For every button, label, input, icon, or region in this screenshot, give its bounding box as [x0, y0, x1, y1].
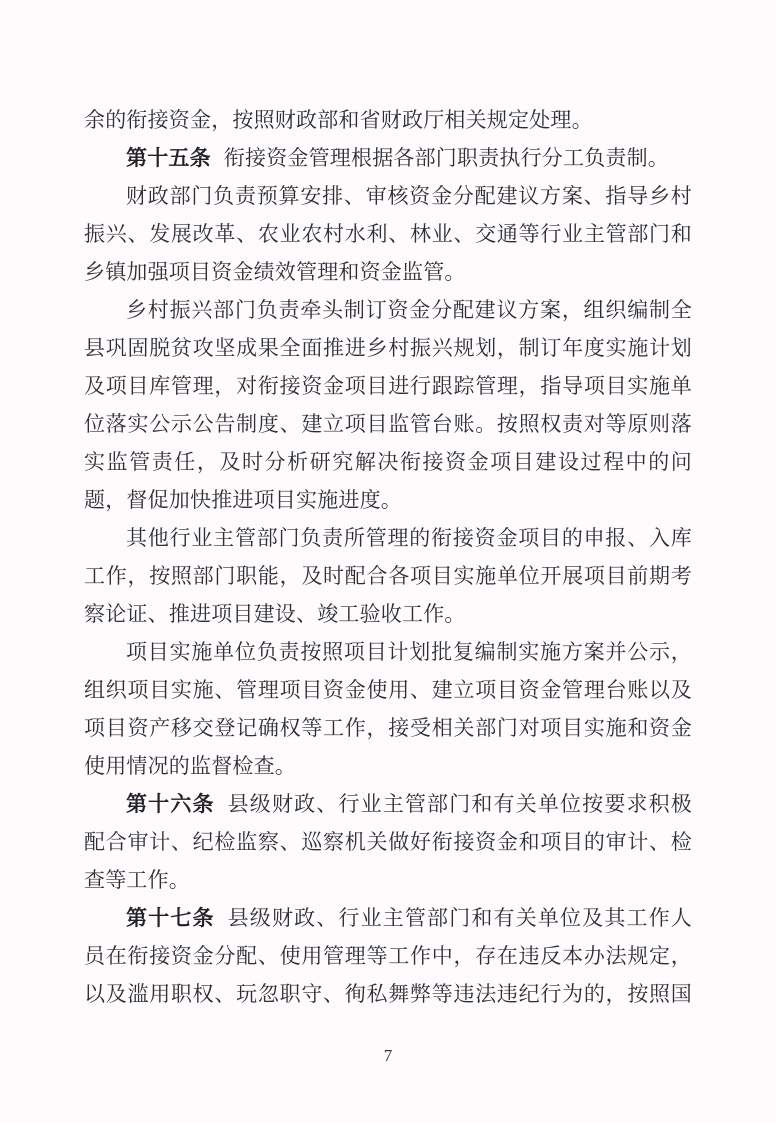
document-line: 第十七条县级财政、行业主管部门和有关单位及其工作人 [84, 899, 692, 937]
document-line: 使用情况的监督检查。 [84, 747, 692, 785]
line-text: 衔接资金管理根据各部门职责执行分工负责制。 [224, 146, 669, 170]
document-line: 题，督促加快推进项目实施进度。 [84, 481, 692, 519]
document-line: 工作，按照部门职能，及时配合各项目实施单位开展项目前期考 [84, 557, 692, 595]
document-line: 第十五条衔接资金管理根据各部门职责执行分工负责制。 [84, 139, 692, 177]
document-line: 项目资产移交登记确权等工作，接受相关部门对项目实施和资金 [84, 709, 692, 747]
page-number: 7 [0, 1046, 776, 1066]
line-text: 查等工作。 [84, 868, 190, 892]
line-text: 县级财政、行业主管部门和有关单位及其工作人 [228, 906, 692, 930]
document-line: 项目实施单位负责按照项目计划批复编制实施方案并公示， [84, 633, 692, 671]
document-line: 其他行业主管部门负责所管理的衔接资金项目的申报、入库 [84, 519, 692, 557]
line-text: 县巩固脱贫攻坚成果全面推进乡村振兴规划，制订年度实施计划 [84, 336, 692, 360]
document-line: 余的衔接资金，按照财政部和省财政厅相关规定处理。 [84, 101, 692, 139]
document-line: 察论证、推进项目建设、竣工验收工作。 [84, 595, 692, 633]
line-text: 察论证、推进项目建设、竣工验收工作。 [84, 602, 466, 626]
document-line: 振兴、发展改革、农业农村水利、林业、交通等行业主管部门和 [84, 215, 692, 253]
line-text: 财政部门负责预算安排、审核资金分配建议方案、指导乡村 [126, 184, 692, 208]
line-text: 项目实施单位负责按照项目计划批复编制实施方案并公示， [126, 640, 692, 664]
line-text: 乡村振兴部门负责牵头制订资金分配建议方案，组织编制全 [126, 298, 692, 322]
document-line: 员在衔接资金分配、使用管理等工作中，存在违反本办法规定， [84, 937, 692, 975]
document-line: 以及滥用职权、玩忽职守、徇私舞弊等违法违纪行为的，按照国 [84, 975, 692, 1013]
document-line: 县巩固脱贫攻坚成果全面推进乡村振兴规划，制订年度实施计划 [84, 329, 692, 367]
article-number: 第十六条 [126, 793, 215, 816]
document-line: 乡镇加强项目资金绩效管理和资金监管。 [84, 253, 692, 291]
document-line: 查等工作。 [84, 861, 692, 899]
line-text: 位落实公示公告制度、建立项目监管台账。按照权责对等原则落 [84, 412, 692, 436]
line-text: 以及滥用职权、玩忽职守、徇私舞弊等违法违纪行为的，按照国 [84, 982, 692, 1006]
line-text: 县级财政、行业主管部门和有关单位按要求积极 [228, 792, 692, 816]
line-text: 组织项目实施、管理项目资金使用、建立项目资金管理台账以及 [84, 678, 692, 702]
line-text: 实监管责任，及时分析研究解决衔接资金项目建设过程中的问 [84, 450, 692, 474]
line-text: 配合审计、纪检监察、巡察机关做好衔接资金和项目的审计、检 [84, 830, 692, 854]
line-text: 员在衔接资金分配、使用管理等工作中，存在违反本办法规定， [84, 944, 692, 968]
document-page: 余的衔接资金，按照财政部和省财政厅相关规定处理。第十五条衔接资金管理根据各部门职… [0, 0, 776, 1122]
document-line: 配合审计、纪检监察、巡察机关做好衔接资金和项目的审计、检 [84, 823, 692, 861]
document-body: 余的衔接资金，按照财政部和省财政厅相关规定处理。第十五条衔接资金管理根据各部门职… [84, 101, 692, 1013]
line-text: 余的衔接资金，按照财政部和省财政厅相关规定处理。 [84, 108, 593, 132]
document-line: 组织项目实施、管理项目资金使用、建立项目资金管理台账以及 [84, 671, 692, 709]
line-text: 项目资产移交登记确权等工作，接受相关部门对项目实施和资金 [84, 716, 692, 740]
document-line: 及项目库管理，对衔接资金项目进行跟踪管理，指导项目实施单 [84, 367, 692, 405]
document-line: 位落实公示公告制度、建立项目监管台账。按照权责对等原则落 [84, 405, 692, 443]
document-line: 第十六条县级财政、行业主管部门和有关单位按要求积极 [84, 785, 692, 823]
line-text: 振兴、发展改革、农业农村水利、林业、交通等行业主管部门和 [84, 222, 692, 246]
line-text: 题，督促加快推进项目实施进度。 [84, 488, 402, 512]
line-text: 其他行业主管部门负责所管理的衔接资金项目的申报、入库 [126, 526, 692, 550]
line-text: 工作，按照部门职能，及时配合各项目实施单位开展项目前期考 [84, 564, 692, 588]
line-text: 使用情况的监督检查。 [84, 754, 296, 778]
line-text: 乡镇加强项目资金绩效管理和资金监管。 [84, 260, 466, 284]
document-line: 财政部门负责预算安排、审核资金分配建议方案、指导乡村 [84, 177, 692, 215]
article-number: 第十七条 [126, 907, 215, 930]
article-number: 第十五条 [126, 147, 211, 170]
document-line: 实监管责任，及时分析研究解决衔接资金项目建设过程中的问 [84, 443, 692, 481]
line-text: 及项目库管理，对衔接资金项目进行跟踪管理，指导项目实施单 [84, 374, 692, 398]
document-line: 乡村振兴部门负责牵头制订资金分配建议方案，组织编制全 [84, 291, 692, 329]
